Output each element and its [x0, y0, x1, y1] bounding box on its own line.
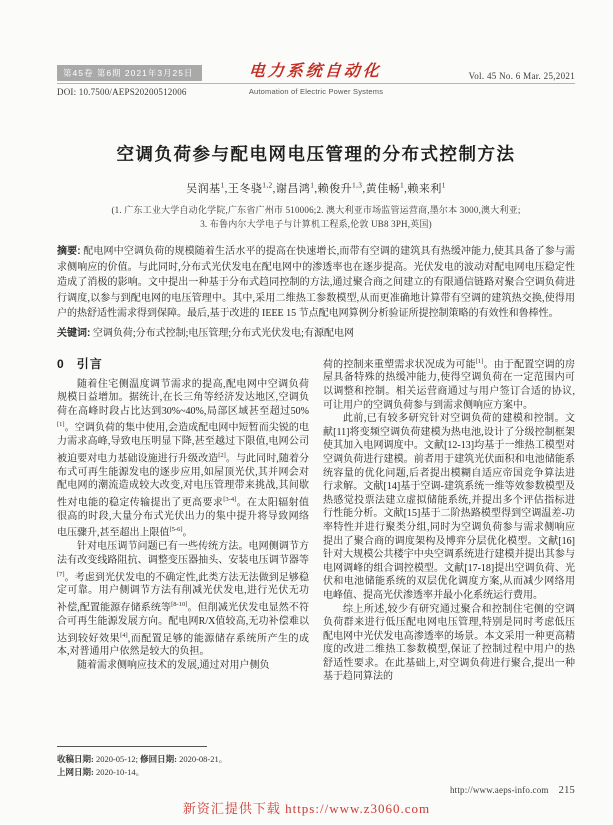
keywords-label: 关键词:: [57, 328, 90, 339]
journal-name-en: Automation of Electric Power Systems: [249, 87, 383, 96]
abstract-text: 配电网中空调负荷的规模随着生活水平的提高在快速增长,而带有空调的建筑具有热缓冲能…: [57, 246, 575, 319]
paragraph: 针对电压调节问题已有一些传统方法。电网侧调节方法有改变线路阻抗、调整变压器抽头、…: [57, 540, 309, 659]
paragraph: 荷的控制来重塑需求状况成为可能[1]。由于配置空调的房屋具备特殊的热缓冲能力,使…: [323, 355, 575, 413]
doi: DOI: 10.7500/AEPS20200512006: [57, 87, 187, 97]
affiliation-line: (1. 广东工业大学自动化学院,广东省广州市 510006;2. 澳大利亚市场监…: [57, 203, 575, 217]
section-number: 0: [57, 357, 65, 371]
download-watermark: 新资汇提供下载 https://www.z3060.com: [0, 798, 613, 817]
footnote-rule: [57, 746, 207, 747]
journal-subheader: DOI: 10.7500/AEPS20200512006 Automation …: [57, 87, 575, 97]
paragraph: 综上所述,较少有研究通过聚合和控制住宅侧的空调负荷群来进行低压配电网电压管理,特…: [323, 603, 575, 685]
paragraph: 此前,已有较多研究针对空调负荷的建模和控制。文献[11]将变频空调负荷建模为热电…: [323, 412, 575, 602]
left-column-text: 随着住宅侧温度调节需求的提高,配电网中空调负荷规模日益增加。据统计,在长三角等经…: [57, 378, 309, 673]
journal-url: http://www.aeps-info.com: [450, 785, 549, 795]
affiliation-line: 3. 布鲁内尔大学电子与计算机工程系,伦敦 UB8 3PH,英国): [57, 217, 575, 231]
body-columns: 0引言 随着住宅侧温度调节需求的提高,配电网中空调负荷规模日益增加。据统计,在长…: [57, 355, 575, 779]
author: 吴润基1,: [186, 183, 228, 195]
footnote: 收稿日期: 2020-05-12; 修回日期: 2020-08-21。 上网日期…: [57, 746, 309, 779]
author-list: 吴润基1,王冬骁1,2,谢昌鸿1,赖俊升1,3,黄佳畅1,赖来利1: [57, 180, 575, 196]
page-footer: http://www.aeps-info.com215: [57, 785, 575, 796]
abstract-label: 摘要:: [57, 246, 81, 257]
page-number: 215: [559, 785, 575, 796]
right-column-text: 荷的控制来重塑需求状况成为可能[1]。由于配置空调的房屋具备特殊的热缓冲能力,使…: [323, 355, 575, 685]
keywords-text: 空调负荷;分布式控制;电压管理;分布式光伏发电;有源配电网: [93, 328, 354, 339]
volume-info: Vol. 45 No. 6 Mar. 25,2021: [469, 71, 575, 81]
author: 谢昌鸿1,: [276, 183, 318, 195]
affiliations: (1. 广东工业大学自动化学院,广东省广州市 510006;2. 澳大利亚市场监…: [57, 203, 575, 231]
right-column: 荷的控制来重塑需求状况成为可能[1]。由于配置空调的房屋具备特殊的热缓冲能力,使…: [323, 355, 575, 779]
paragraph: 随着住宅侧温度调节需求的提高,配电网中空调负荷规模日益增加。据统计,在长三角等经…: [57, 378, 309, 541]
author: 黄佳畅1,: [366, 183, 408, 195]
abstract: 摘要: 配电网中空调负荷的规模随着生活水平的提高在快速增长,而带有空调的建筑具有…: [57, 244, 575, 322]
issue-bar: 第45卷 第6期 2021年3月25日: [57, 65, 202, 81]
paragraph: 随着需求侧响应技术的发展,通过对用户侧负: [57, 659, 309, 673]
left-column: 0引言 随着住宅侧温度调节需求的提高,配电网中空调负荷规模日益增加。据统计,在长…: [57, 355, 309, 779]
keywords: 关键词: 空调负荷;分布式控制;电压管理;分布式光伏发电;有源配电网: [57, 326, 575, 341]
journal-logo: 电力系统自动化: [249, 58, 384, 81]
author: 赖俊升1,3,: [318, 183, 366, 195]
paper-page: 第45卷 第6期 2021年3月25日 电力系统自动化 Vol. 45 No. …: [0, 0, 613, 796]
paper-title: 空调负荷参与配电网电压管理的分布式控制方法: [57, 141, 575, 166]
footnote-line: 收稿日期: 2020-05-12; 修回日期: 2020-08-21。: [57, 753, 309, 766]
section-title: 引言: [77, 357, 103, 371]
journal-header: 第45卷 第6期 2021年3月25日 电力系统自动化 Vol. 45 No. …: [57, 58, 575, 84]
author: 赖来利1: [407, 183, 446, 195]
section-heading: 0引言: [57, 355, 309, 372]
author: 王冬骁1,2,: [228, 183, 276, 195]
footnote-line: 上网日期: 2020-10-14。: [57, 766, 309, 779]
